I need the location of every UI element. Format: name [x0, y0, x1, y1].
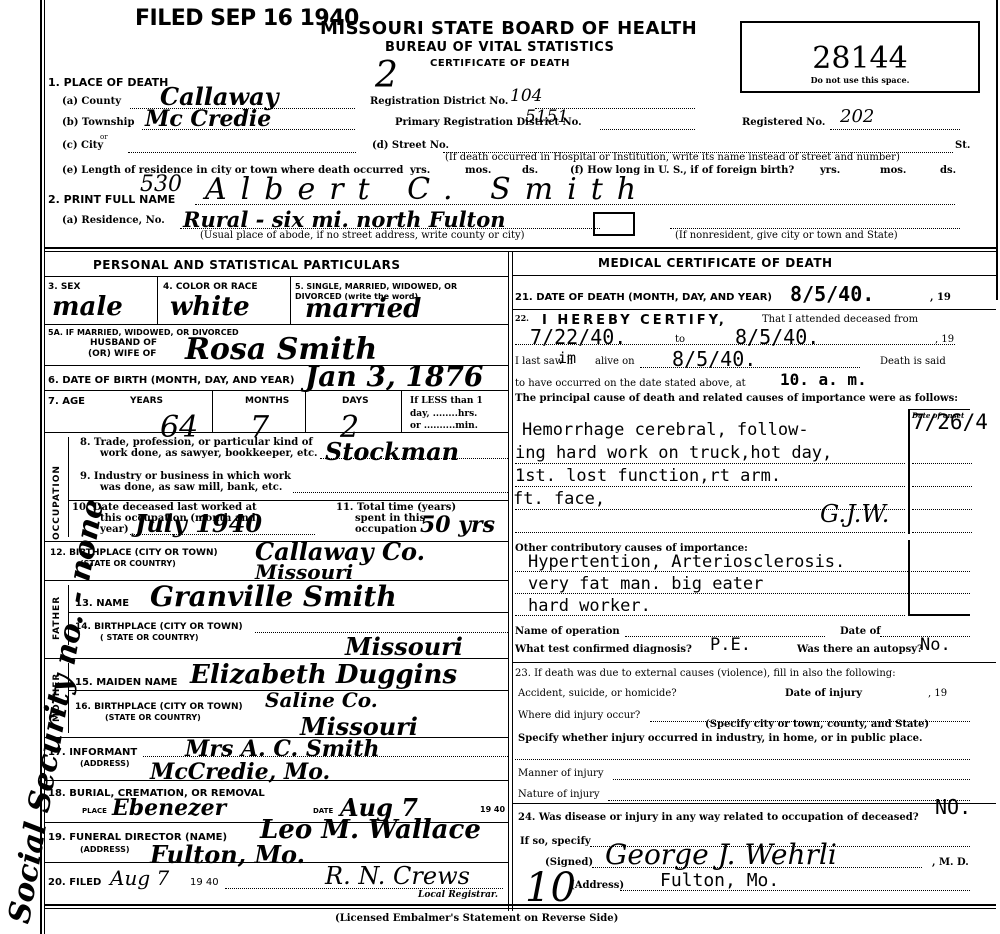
spouse-label-3: (OR) WIFE OF	[88, 349, 156, 359]
cause-line-4: ft. face,	[513, 489, 605, 509]
row-line	[512, 309, 996, 310]
cell-divider	[212, 390, 213, 432]
registrar-title: Local Registrar.	[418, 890, 498, 900]
trade-label-2: work done, as sawyer, bookkeeper, etc.	[100, 448, 318, 459]
nonresident-line	[670, 228, 960, 229]
row-line	[44, 658, 508, 659]
last-worked-value: July 1940	[135, 509, 262, 538]
form-name: CERTIFICATE OF DEATH	[430, 58, 570, 69]
onset-dot	[912, 532, 972, 533]
attended-19: , 19	[935, 334, 954, 345]
dob-label: 6. DATE OF BIRTH (MONTH, DAY, AND YEAR)	[48, 375, 295, 386]
registrar-signature: R. N. Crews	[325, 862, 470, 890]
if-so-label: If so, specify	[520, 836, 591, 847]
operation-label: Name of operation	[515, 626, 620, 637]
md-label: , M. D.	[932, 857, 969, 868]
bottom-divider	[44, 904, 996, 906]
informant-label: 17. INFORMANT	[48, 747, 137, 758]
city-label: (c) City	[62, 140, 103, 151]
township-label: (b) Township	[62, 117, 134, 128]
bottom-divider-2	[44, 908, 996, 909]
physician-address: Fulton, Mo.	[660, 870, 779, 891]
occupation-side-label: OCCUPATION	[52, 465, 62, 540]
mother-name-value: Elizabeth Duggins	[190, 660, 457, 690]
mother-name-label: 15. MAIDEN NAME	[75, 677, 177, 688]
reg-district-value: 104	[510, 86, 542, 106]
time-value: 10. a. m.	[780, 370, 867, 389]
injury-date-label: Date of injury	[785, 688, 862, 699]
father-bp-label-1: 14. BIRTHPLACE (CITY OR TOWN)	[75, 622, 243, 632]
certificate-number: 28144	[742, 41, 978, 76]
street-suffix: St.	[955, 140, 970, 151]
dob-value: Jan 3, 1876	[305, 360, 483, 393]
cause-intro: The principal cause of death and related…	[515, 393, 958, 404]
divider	[44, 251, 996, 252]
father-side-label: FATHER	[52, 596, 62, 640]
nonresident-note: (If nonresident, give city or town and S…	[675, 230, 898, 241]
test-value: P.E.	[710, 635, 751, 655]
margin-number-right: 10	[525, 865, 576, 911]
document-subtitle: BUREAU OF VITAL STATISTICS	[385, 40, 614, 55]
to-label: to	[675, 334, 685, 345]
certify-text: That I attended deceased from	[762, 314, 918, 325]
manner-label: Manner of injury	[518, 768, 603, 779]
cause-line-3: 1st. lost function,rt arm.	[515, 466, 781, 486]
industry-label-1: 9. Industry or business in which work	[80, 471, 291, 482]
ds-label-2: ds.	[940, 165, 956, 176]
burial-place-value: Ebenezer	[112, 795, 226, 821]
side-divider	[68, 437, 69, 537]
footer-note: (Licensed Embalmer's Statement on Revers…	[335, 913, 618, 924]
do-not-use-note: Do not use this space.	[742, 75, 978, 85]
yrs-label-2: yrs.	[820, 165, 840, 176]
cell-divider	[157, 276, 158, 324]
less-than-label: If LESS than 1	[410, 396, 483, 406]
county-label: (a) County	[62, 96, 121, 107]
accident-label: Accident, suicide, or homicide?	[518, 688, 677, 699]
other-cause-line-2: very fat man. big eater	[528, 574, 763, 594]
funeral-address-label: (ADDRESS)	[80, 845, 130, 854]
physician-signature: George J. Wehrli	[605, 838, 837, 871]
mos-label-2: mos.	[880, 165, 906, 176]
address-label: (Address)	[570, 880, 624, 891]
row-line	[512, 803, 996, 804]
trade-value: Stockman	[325, 437, 459, 466]
trade-label-1: 8. Trade, profession, or particular kind…	[80, 437, 313, 448]
row-line	[44, 324, 508, 325]
sex-value: male	[52, 292, 123, 322]
row-line	[512, 275, 996, 276]
attended-from-value: 7/22/40.	[530, 325, 626, 349]
operation-date-label: Date of	[840, 626, 881, 637]
right-border	[996, 0, 998, 300]
total-time-label-2: spent in this	[355, 513, 425, 524]
years-label: YEARS	[130, 396, 163, 406]
onset-dot	[912, 509, 972, 510]
handwritten-mark: 2	[375, 55, 398, 96]
cause-dot-line	[515, 486, 905, 487]
onset-bottom-line	[908, 614, 970, 616]
cause-dot-line	[515, 463, 905, 464]
cause-line-2: ing hard work on truck,hot day,	[515, 443, 832, 463]
marital-value: married	[305, 294, 421, 324]
side-divider	[68, 585, 69, 645]
reg-district-label: Registration District No.	[370, 96, 508, 107]
external-causes-label: 23. If death was due to external causes …	[515, 668, 896, 679]
filed-year-value: 19 40	[190, 877, 219, 888]
row-line	[44, 780, 508, 781]
medical-section-title: MEDICAL CERTIFICATE OF DEATH	[598, 256, 833, 270]
hrs-label: day, ........hrs.	[410, 409, 477, 419]
burial-place-label: PLACE	[82, 807, 107, 815]
other-dot-line	[515, 615, 905, 616]
specify-line	[515, 759, 970, 760]
total-time-value: 50 yrs	[420, 512, 495, 538]
occupation-related-value: NO.	[935, 795, 971, 819]
burial-date-label: DATE	[313, 807, 333, 815]
row-line	[512, 662, 996, 663]
father-bp-label-2: ( STATE OR COUNTRY)	[100, 633, 199, 642]
last-worked-label-3: year)	[100, 524, 129, 535]
residence-label: (a) Residence, No.	[62, 215, 165, 226]
specify-label: Specify whether injury occurred in indus…	[518, 733, 923, 744]
registered-no-line	[830, 129, 960, 130]
burial-year: 19 40	[480, 805, 505, 814]
dod-label: 21. DATE OF DEATH (MONTH, DAY, AND YEAR)	[515, 292, 772, 303]
manner-line	[613, 779, 970, 780]
nature-label: Nature of injury	[518, 789, 600, 800]
other-cause-line-1: Hypertention, Arteriosclerosis.	[528, 552, 845, 572]
onset-dot	[912, 486, 972, 487]
filed-label: 20. FILED	[48, 877, 101, 888]
days-label: DAYS	[342, 396, 369, 406]
residence-box	[593, 212, 635, 236]
alive-on-label: alive on	[595, 356, 635, 367]
mother-side-label: MOTHER	[52, 673, 62, 722]
street-label: (d) Street No.	[372, 140, 449, 151]
personal-section-title: PERSONAL AND STATISTICAL PARTICULARS	[93, 258, 401, 272]
industry-line	[293, 492, 508, 493]
autopsy-label: Was there an autopsy?	[797, 644, 923, 655]
occurred-label: to have occurred on the date stated abov…	[515, 378, 746, 389]
row-line	[68, 612, 508, 613]
father-name-value: Granville Smith	[150, 580, 397, 613]
nature-line	[608, 800, 970, 801]
industry-label-2: was done, as saw mill, bank, etc.	[100, 482, 282, 493]
test-label: What test confirmed diagnosis?	[515, 644, 692, 655]
document-title: MISSOURI STATE BOARD OF HEALTH	[320, 18, 697, 39]
row-line	[44, 390, 508, 391]
other-dot-line	[515, 571, 970, 572]
other-cause-line-3: hard worker.	[528, 596, 651, 616]
where-injury-label: Where did injury occur?	[518, 710, 640, 721]
row-line	[68, 500, 508, 501]
hospital-note: (If death occurred in Hospital or Instit…	[445, 152, 900, 163]
total-time-label-3: occupation	[355, 524, 417, 535]
divider	[44, 247, 996, 249]
last-alive-value: 8/5/40.	[672, 347, 756, 371]
cause-dot-line	[515, 532, 905, 533]
physician-initials: G.J.W.	[820, 500, 889, 528]
cell-divider	[305, 390, 306, 432]
city-line	[128, 152, 356, 153]
sex-label: 3. SEX	[48, 282, 80, 292]
injury-19: , 19	[928, 688, 947, 699]
full-name-value: Albert C. Smith	[205, 172, 650, 207]
race-label: 4. COLOR OR RACE	[163, 282, 258, 292]
where-note: (Specify city or town, county, and State…	[705, 719, 929, 730]
mother-bp-label-1: 16. BIRTHPLACE (CITY OR TOWN)	[75, 702, 243, 712]
filed-date-value: Aug 7	[110, 866, 169, 890]
father-name-label: 13. NAME	[75, 598, 129, 609]
occupation-related-label: 24. Was disease or injury in any way rel…	[518, 812, 919, 823]
certificate-number-box: 28144 Do not use this space.	[740, 21, 980, 93]
column-divider-2	[512, 251, 513, 911]
onset-column-line-2	[908, 540, 910, 615]
cell-divider	[401, 390, 402, 432]
months-label: MONTHS	[245, 396, 289, 406]
birthplace-label-2: (STATE OR COUNTRY)	[80, 559, 176, 568]
cause-line-1: Hemorrhage cerebral, follow-	[522, 420, 809, 440]
certify-number: 22.	[515, 313, 529, 323]
other-dot-line	[515, 593, 970, 594]
place-of-death-label: 1. PLACE OF DEATH	[48, 76, 168, 89]
margin-number: 530	[140, 172, 182, 197]
race-value: white	[170, 292, 250, 322]
informant-address-value: McCredie, Mo.	[150, 759, 330, 785]
dod-19: , 19	[930, 292, 951, 303]
death-said-label: Death is said	[880, 356, 946, 367]
registered-no-label: Registered No.	[742, 117, 825, 128]
attended-to-value: 8/5/40.	[735, 325, 819, 349]
spouse-label-2: HUSBAND OF	[90, 338, 157, 348]
age-label: 7. AGE	[48, 396, 85, 407]
onset-dot	[912, 463, 972, 464]
father-bp-value: Missouri	[345, 632, 463, 661]
last-saw-him: im	[558, 349, 576, 367]
row-line	[44, 432, 508, 433]
township-value: Mc Credie	[145, 106, 271, 132]
onset-value: 7/26/4	[912, 410, 988, 434]
funeral-address-value: Fulton, Mo.	[150, 840, 305, 869]
residence-value: Rural - six mi. north Fulton	[183, 207, 506, 232]
row-line	[44, 276, 508, 277]
registered-no-value: 202	[840, 106, 874, 127]
min-label: or ..........min.	[410, 421, 478, 431]
autopsy-value: No.	[920, 635, 951, 655]
column-divider	[508, 251, 509, 911]
residence-note: (Usual place of abode, if no street addr…	[200, 230, 525, 241]
mother-bp-label-2: (STATE OR COUNTRY)	[105, 713, 201, 722]
mother-bp-city-value: Saline Co.	[265, 688, 378, 712]
dod-value: 8/5/40.	[790, 282, 874, 306]
onset-column-line	[908, 409, 910, 534]
informant-address-label: (ADDRESS)	[80, 759, 130, 768]
cell-divider	[290, 276, 291, 324]
primary-reg-line	[600, 129, 695, 130]
side-divider	[68, 663, 69, 733]
primary-reg-value: 5151	[525, 107, 568, 127]
birthplace-label-1: 12. BIRTHPLACE (CITY OR TOWN)	[50, 548, 218, 558]
